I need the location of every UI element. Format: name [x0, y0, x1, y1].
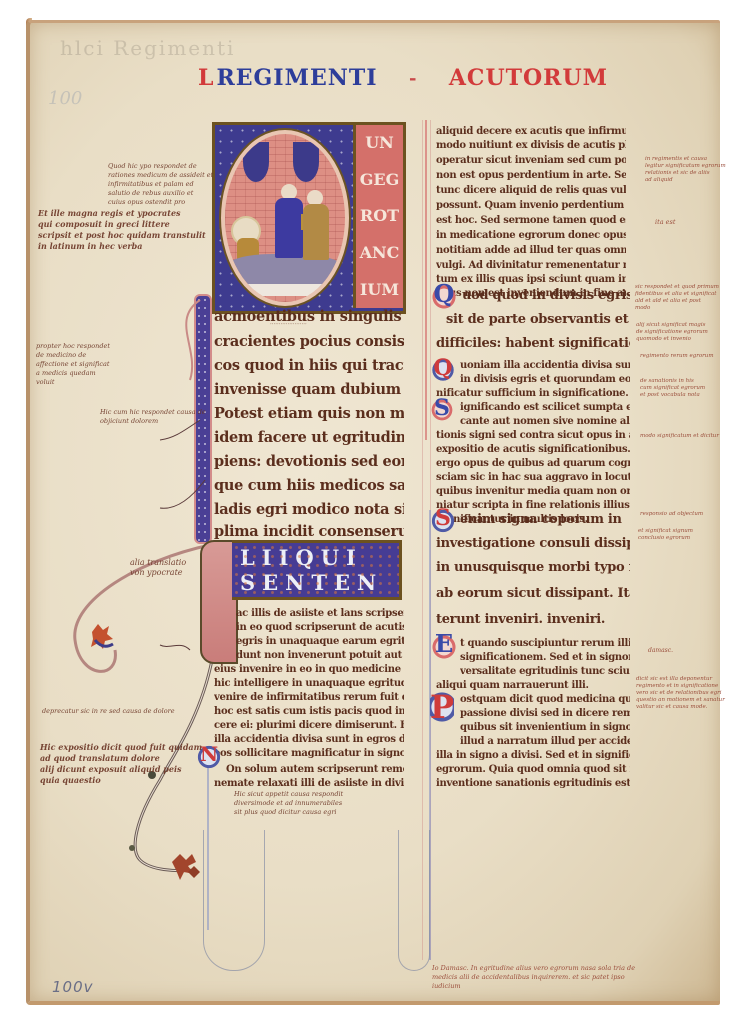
text-line: idem facere ut egritudini acuta peri — [214, 429, 404, 446]
text-line: niatur scripta in fine relationis illius… — [436, 500, 630, 511]
text-line: est hoc. Sed sermone tamen quod est inve… — [436, 215, 626, 226]
text-line: difficiles: habent significationem. — [436, 336, 630, 351]
text-line: illa in signo a divisi. Sed et in signif… — [436, 750, 630, 761]
text-line: in eo quod scripserunt de acutis que in — [236, 622, 404, 633]
marginal-note: regimento rerum egrorum — [640, 352, 714, 361]
marginal-note: sic respondet et quod primum fidentibus … — [635, 284, 719, 312]
text-line: uoniam illa accidentia divisa sunt — [460, 360, 630, 371]
text-line: cos quod in hiis qui tracioverunt — [214, 357, 404, 374]
marginal-note: et significat signum conclusio egrorum — [638, 528, 693, 542]
text-line: ac illis de asiiste et lans scripserunt — [236, 608, 404, 619]
running-title-left: L REGIMENTI — [198, 65, 378, 91]
text-line: in divisis egris et quorundam eorum mag — [460, 374, 630, 385]
text-line: aliquid decere ex acutis que infirmus ac… — [436, 126, 626, 137]
initial-letter-p: P — [430, 684, 454, 730]
panel-text-line: GEG — [360, 172, 400, 188]
panel-text-line: IUM — [360, 282, 399, 298]
pencil-guide-line — [398, 830, 430, 971]
text-line: expositio de acutis significationibus. D… — [436, 444, 630, 455]
text-line: dunt non invenerunt potuit aut finis — [236, 650, 404, 661]
text-line: vulgi. Ad divinitatur remenentatur nec m… — [436, 260, 626, 271]
text-line: nemate relaxati illi de asiiste in divin… — [214, 778, 404, 789]
marginal-note: modo significatum et dicitur — [640, 432, 719, 441]
initial-letter-q: Q — [430, 282, 458, 312]
initial-letter-e: E — [430, 632, 458, 662]
text-line: modo nuitiunt ex divisis de acutis plus … — [436, 140, 626, 151]
text-line: aliqui quam narrauerunt illi. — [436, 680, 630, 691]
text-line: operatur sicut inveniam sed cum possibil… — [436, 155, 626, 166]
text-line: ab eorum sicut dissipant. Ita po — [436, 586, 630, 601]
text-line: illud a narratum illud per accidentem se… — [460, 736, 630, 747]
text-line: piens: devotionis sed eorum cum — [214, 453, 404, 470]
text-line: eos sollicitare magnificatur in signo. — [214, 748, 404, 759]
text-line: quibus sit invenientium in signorum sequ… — [460, 722, 630, 733]
text-line: sciam sic in hac sua aggravo in locutio … — [436, 472, 630, 483]
text-line: in unusquisque morbi typo non nulla — [436, 560, 630, 575]
marginal-note: alij sicut significat magis de significa… — [636, 322, 708, 343]
text-line: enim signa coporum in — [460, 512, 630, 527]
marginal-note: Hic cum hic respondet causa de objiciunt… — [100, 408, 206, 426]
physician-figure — [275, 198, 303, 258]
marginal-note: de sanationis in his cum significat egro… — [640, 378, 705, 399]
marginal-note: in regimentis et causa legitur significa… — [645, 156, 726, 184]
panel-text-line: ANC — [360, 245, 400, 261]
marginal-note: deprecatur sic in re sed causa de dolore — [42, 707, 175, 716]
text-line: ladis egri modico nota sicut dicimus: — [214, 501, 404, 518]
text-line: quibus invenitur media quam non omnia in… — [436, 486, 630, 497]
text-line: sit de parte observantis et intelligi — [446, 312, 630, 327]
initial-letter-s: S — [430, 506, 456, 536]
attendant-figure — [303, 204, 329, 260]
marginal-note: Hic expositio dicit quod fuit quidam ad … — [40, 742, 202, 786]
text-line: inventione sanationis egritudinis est ex… — [436, 778, 630, 789]
running-title: L REGIMENTI - ACUTORUM — [198, 62, 608, 94]
historiated-initial: UN GEG ROT ANC IUM — [212, 122, 406, 314]
text-line: On solum autem scripserunt remenevi in s… — [226, 764, 404, 775]
text-line: investigatione consuli dissipant. Intur — [436, 536, 630, 551]
text-line: passione divisi sed in dicere rem multas — [460, 708, 630, 719]
marginal-note: Et ille magna regis et ypocrates qui com… — [38, 208, 206, 252]
text-line: cracientes pocius consisse ferunt — [214, 333, 404, 350]
text-line: eius invenire in eo in quo medicine non … — [214, 664, 404, 675]
running-title-word-2: ACUTORUM — [449, 65, 608, 91]
text-line: tionis signi sed contra sicut opus in ap… — [436, 430, 630, 441]
text-line: plima incidit consenserunt. — [214, 523, 404, 540]
text-line: terunt inveniri. inveniri. — [436, 612, 630, 627]
text-line: ignificando est scilicet sumpta ex signo… — [460, 402, 630, 413]
text-line: nificatur sufficium in significatione. — [436, 388, 630, 399]
text-line: Potest etiam quis non medicus — [214, 405, 404, 422]
panel-text-line: UN — [365, 135, 394, 151]
incipit-line: LIIQUI — [240, 545, 399, 570]
marginal-note: damasc. — [648, 646, 673, 655]
incipit-line: SENTEN — [240, 570, 399, 595]
gothic-arch-icon — [293, 142, 319, 182]
interlinear-gloss: ····················· — [270, 322, 400, 328]
running-title-word-1: REGIMENTI — [216, 65, 377, 91]
text-line: tunc dicere aliquid de relis quas vulgus… — [436, 185, 626, 196]
marginal-note: propter hoc respondet de medicino de aff… — [36, 342, 110, 387]
text-line: t quando suscipiuntur rerum illius ad — [460, 638, 630, 649]
text-line: in medicatione egrorum donec opus est in… — [436, 230, 626, 241]
text-line: notitiam adde ad illud ter quas omnes sc… — [436, 245, 626, 256]
text-line: invenisse quam dubium non est. — [214, 381, 404, 398]
running-title-prefix: L — [198, 65, 214, 91]
text-line: hic intelligere in unaquaque egritudinum… — [214, 678, 404, 689]
ghost-headline: hlci Regimenti — [60, 36, 235, 60]
text-line: cante aut nomen sive nomine aliquo signi… — [460, 416, 630, 427]
initial-text-panel: UN GEG ROT ANC IUM — [353, 125, 403, 308]
gothic-arch-icon — [243, 142, 269, 182]
marginal-note: Io Damasc. In egritudine alius vero egro… — [432, 964, 635, 991]
text-line: egrorum. Quia quod omnia quod sit inveni… — [436, 764, 630, 775]
text-line: egris in unaquaque earum egritudinum acc… — [236, 636, 404, 647]
text-line: venire de infirmitatibus rerum fuit quas… — [214, 692, 404, 703]
pencil-guide-line — [203, 830, 265, 971]
marginal-note: dicit sic est illa deponentur regimento … — [636, 676, 725, 711]
marginal-note: Quod hic ypo respondet de rationes medic… — [108, 162, 213, 207]
ghost-folio-number: 100 — [48, 88, 82, 109]
initial-letter-s: S — [430, 396, 454, 424]
text-line: illa accidentia divisa sunt in egros div… — [214, 734, 404, 745]
incipit-panel: LIIQUI SENTEN — [232, 540, 402, 600]
text-line: hoc est satis cum istis pacis quod infir… — [214, 706, 404, 717]
text-line: non est opus perdentium in arte. Sed non… — [436, 170, 626, 181]
marginal-note: Hic sicut appetit causa respondit divers… — [234, 790, 343, 817]
initial-letter-q: Q — [430, 356, 456, 384]
marginal-note: ita est — [655, 218, 675, 227]
text-line: que cum hiis medicos satis nocet est. — [214, 477, 404, 494]
text-line: significationem. Sed et in signorum uni — [460, 652, 630, 663]
marginal-note: responsio ad objectum — [640, 510, 703, 519]
text-line: tum ex illis quas ipsi sciunt quam inde … — [436, 274, 626, 285]
text-line: uod quod in divisis egris divi — [462, 288, 630, 303]
text-line: versalitate egritudinis tunc sciunt exer… — [460, 666, 630, 677]
text-line: possunt. Quam invenio perdentium in arte… — [436, 200, 626, 211]
marginal-note: alia translatio von ypocrate — [130, 558, 186, 578]
text-line: ostquam dicit quod medicina qui finis es… — [460, 694, 630, 705]
column-ruling-right — [430, 120, 431, 960]
folio-number: 100v — [52, 978, 94, 996]
bed-sheet — [229, 284, 339, 296]
running-title-separator: - — [409, 68, 417, 89]
text-line: cere ei: plurimi dicere dimiserunt. Et i… — [214, 720, 404, 731]
text-line: ergo opus de quibus ad quarum cognitione… — [436, 458, 630, 469]
panel-text-line: ROT — [360, 208, 399, 224]
initial-letter-q-bowl — [221, 130, 349, 306]
